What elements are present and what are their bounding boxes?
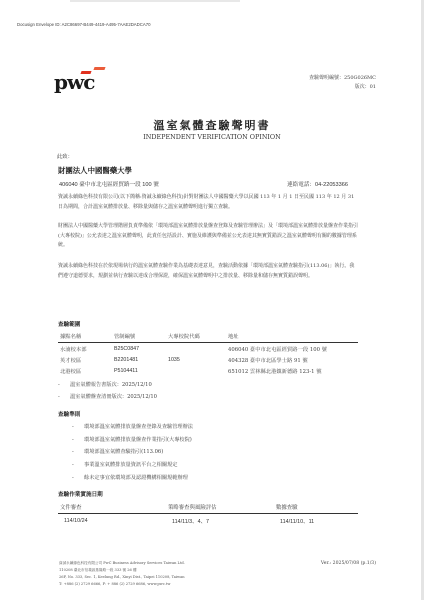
paragraph-opinion-basis: 資誠永續綠色科技在於依現場執行的溫室氣體查驗作業為基礎表達意見，查驗活動依據「環…: [58, 262, 358, 281]
paragraph-responsibility: 財團法人中國醫藥大學管理階層負責準備依「環境部溫室氣體排放量盤查登錄及查驗管理辦…: [58, 222, 358, 251]
site-address: 404328 臺中市北區學士路 91 號: [226, 354, 358, 365]
table-row: 北港校區 P5104411 651012 雲林縣北港鎮新德路 123-1 號: [58, 365, 358, 376]
school-code: 1035: [166, 354, 226, 365]
logo-wordmark: pwc: [54, 70, 94, 94]
strategic-review-date: 114/11/3、4、7: [166, 514, 274, 526]
column-header: 文件審查: [58, 503, 166, 514]
statement-number: 查驗聲明編號：250G026MC: [309, 74, 376, 83]
criteria-item: -事業溫室氣體排放量資訊平台之相關規定: [72, 461, 177, 468]
control-id: B2201481: [112, 354, 166, 365]
inventory-version-note: 溫室氣體盤查清冊版次：2025/12/10: [70, 394, 157, 400]
site-name: 英才校區: [58, 354, 112, 365]
pwc-logo: pwc: [54, 64, 114, 96]
data-verification-date: 114/11/10、11: [274, 514, 358, 526]
control-id: P5104411: [112, 365, 166, 376]
salutation: 此致：: [57, 152, 357, 160]
column-header: 數據查驗: [274, 503, 358, 514]
criteria-item: -環境部溫室氣體排放量盤查登錄及查驗管理辦法: [72, 423, 193, 430]
schedule-table: 文件審查 策略審查與風險評估 數據查驗 114/10/24 114/11/3、4…: [58, 503, 358, 525]
site-name: 水湳校本部: [58, 343, 112, 355]
schedule-header-row: 文件審查 策略審查與風險評估 數據查驗: [58, 503, 358, 514]
company-footer: 資誠永續綠色科技有限公司 PwC Business Advisory Servi…: [59, 560, 185, 588]
table-row: 水湳校本部 B25C0847 406040 臺中市北屯區經貿路一段 100 號: [58, 343, 358, 355]
column-header: 策略審查與風險評估: [166, 503, 274, 514]
document-review-date: 114/10/24: [58, 514, 166, 526]
report-version-note: 溫室氣體報告書版次：2025/12/10: [70, 382, 152, 388]
page-subtitle: INDEPENDENT VERIFICATION OPINION: [0, 133, 424, 141]
column-header: 管制編號: [112, 332, 166, 343]
document-meta: 查驗聲明編號：250G026MC 版次：01: [309, 74, 376, 92]
recipient-org: 財團法人中國醫藥大學: [58, 165, 132, 176]
criteria-heading: 查驗準則: [58, 410, 80, 418]
footer-contact: T: +886 (2) 2729 6666, F: + 886 (2) 2729…: [59, 581, 185, 588]
column-header: 據點名稱: [58, 332, 112, 343]
scope-header-row: 據點名稱 管制編號 大專校院代碼 地址: [58, 332, 358, 343]
scope-table: 據點名稱 管制編號 大專校院代碼 地址 水湳校本部 B25C0847 40604…: [58, 332, 358, 376]
version-number: 版次：01: [309, 83, 376, 92]
scope-note: -溫室氣體報告書版次：2025/12/10: [58, 381, 152, 388]
schedule-heading: 查驗作業實施日期: [58, 490, 103, 498]
logo-accent-bar: [93, 67, 105, 70]
footer-address-zh: 110208 臺北市信義區基隆路一段 333 號 26 樓: [59, 567, 185, 574]
recipient-phone: 連絡電話：04-22053366: [287, 180, 348, 188]
site-address: 651012 雲林縣北港鎮新德路 123-1 號: [226, 365, 358, 376]
footer-address-en: 26F, No. 333, Sec. 1, Keelung Rd., Xinyi…: [59, 574, 185, 581]
page-title: 溫室氣體查驗聲明書: [0, 117, 424, 133]
page-version: Ver.: 2025/07/08 (p.1/3): [321, 561, 376, 566]
site-address: 406040 臺中市北屯區經貿路一段 100 號: [226, 343, 358, 355]
criteria-item: -環境部溫室氣體排放量盤查作業指引(大專校院): [72, 436, 192, 443]
recipient-address: 406040 臺中市北屯區經貿路一段 100 號: [59, 180, 159, 188]
footer-company-name: 資誠永續綠色科技有限公司 PwC Business Advisory Servi…: [59, 560, 185, 567]
scan-top-strip: [70, 0, 240, 2]
column-header: 大專校院代碼: [166, 332, 226, 343]
table-row: 114/10/24 114/11/3、4、7 114/11/10、11: [58, 514, 358, 526]
criteria-item: -環境部溫室氣體查驗指引(113.06): [72, 448, 163, 455]
control-id: B25C0847: [112, 343, 166, 355]
school-code: [166, 365, 226, 376]
column-header: 地址: [226, 332, 358, 343]
paragraph-intro: 資誠永續綠色科技有限公司(以下簡稱:資誠永續綠色科技)針對財團法人中國醫藥大學以…: [58, 193, 358, 212]
scope-note: -溫室氣體盤查清冊版次：2025/12/10: [58, 393, 157, 400]
scope-heading: 查驗範圍: [58, 320, 80, 328]
criteria-item: -餘未定事宜依環境部及認證機構相關規範辦理: [72, 474, 188, 481]
table-row: 英才校區 B2201481 1035 404328 臺中市北區學士路 91 號: [58, 354, 358, 365]
envelope-id: Docusign Envelope ID: A2C86697-B449-4419…: [17, 22, 151, 27]
site-name: 北港校區: [58, 365, 112, 376]
school-code: [166, 343, 226, 355]
